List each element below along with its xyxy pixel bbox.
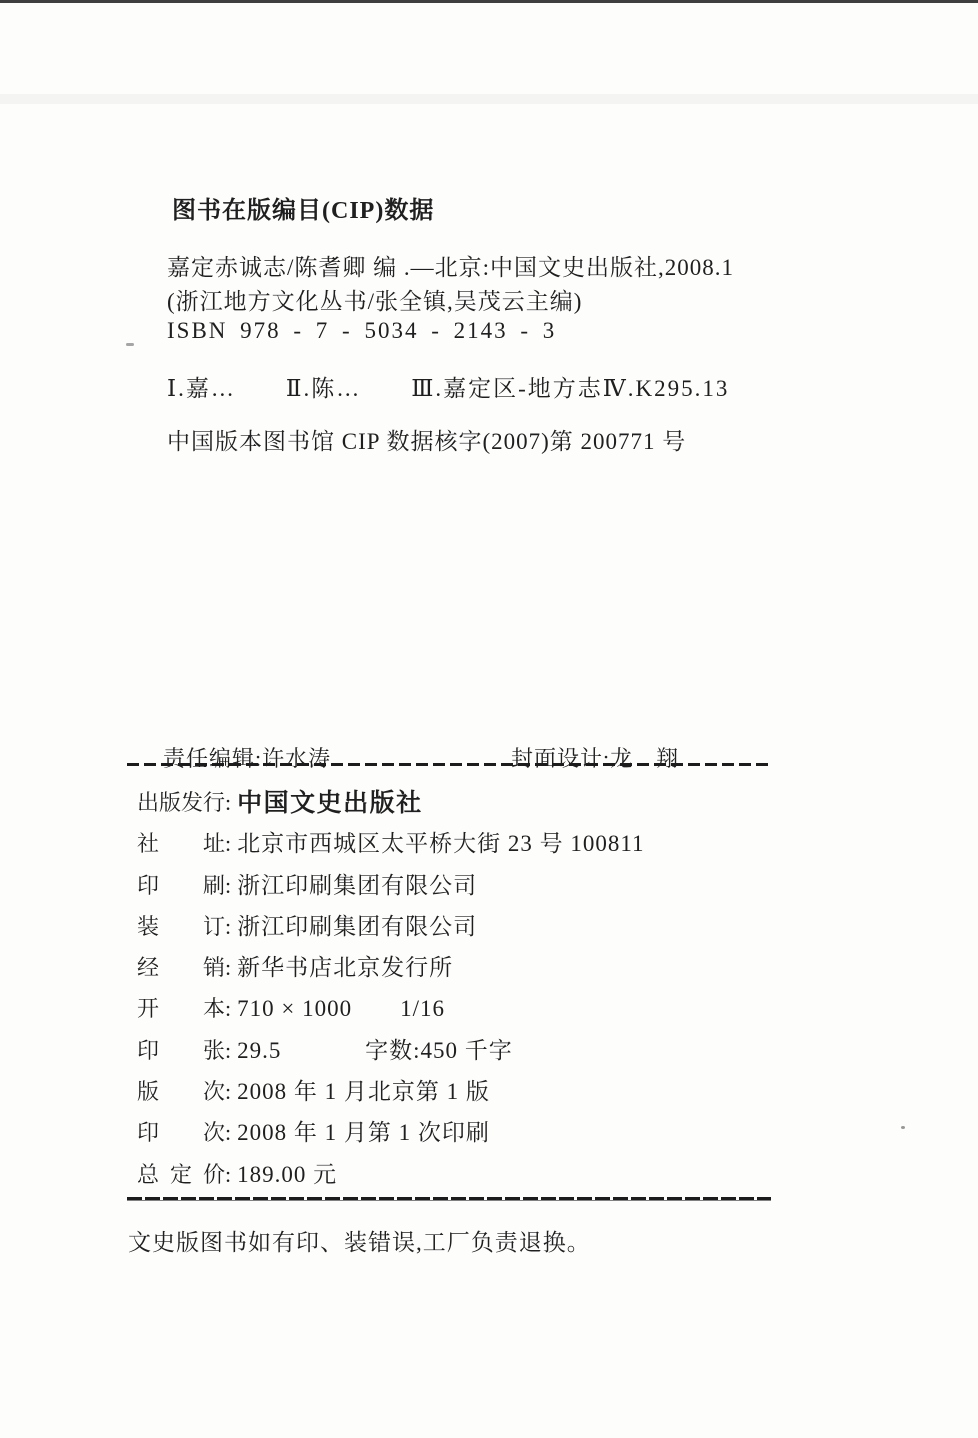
colophon-row-label: 出版发行	[137, 790, 225, 815]
colophon-row: 社址:北京市西城区太平桥大街 23 号 100811	[137, 831, 837, 872]
colophon-row-colon: :	[225, 996, 231, 1021]
return-policy-note: 文史版图书如有印、装错误,工厂负责退换。	[128, 1224, 591, 1257]
book-copyright-page: 图书在版编目(CIP)数据 嘉定赤诚志/陈耆卿 编 .—北京:中国文史出版社,2…	[0, 0, 978, 1438]
colophon-row-value: 新华书店北京发行所	[237, 955, 453, 981]
colophon-row-value: 浙江印刷集团有限公司	[237, 914, 477, 940]
cip-classification-line: Ⅰ.嘉… Ⅱ.陈… Ⅲ.嘉定区-地方志Ⅳ.K295.13	[167, 370, 729, 403]
colophon-row-colon: :	[225, 1038, 231, 1063]
colophon-row-colon: :	[225, 1079, 231, 1104]
cover-name: 龙 翔	[610, 746, 679, 771]
editor-label: 责任编辑:	[163, 746, 262, 771]
colophon-row-colon: :	[225, 914, 231, 939]
responsible-editor-credit: 责任编辑:许水涛	[137, 716, 331, 799]
dashed-divider-bottom	[127, 1197, 771, 1200]
colophon-row-extra: 字数:450 千字	[365, 1038, 513, 1064]
colophon-row-label: 印刷	[137, 873, 225, 898]
colophon-row-value: 浙江印刷集团有限公司	[237, 873, 477, 899]
colophon-row: 装订:浙江印刷集团有限公司	[137, 914, 837, 955]
colophon-row: 出版发行:中国文史出版社	[137, 790, 837, 831]
colophon-row: 经销:新华书店北京发行所	[137, 955, 837, 996]
colophon-row-colon: :	[225, 790, 231, 815]
colophon-row-value: 北京市西城区太平桥大街 23 号 100811	[237, 831, 644, 857]
colophon-row-value: 2008 年 1 月北京第 1 版	[237, 1079, 490, 1105]
scan-band-artifact	[0, 94, 978, 104]
cover-label: 封面设计:	[511, 746, 610, 771]
colophon-row-colon: :	[225, 831, 231, 856]
colophon-row-colon: :	[225, 873, 231, 898]
colophon-row: 开本:710 × 1000 1/16	[137, 996, 837, 1037]
colophon: 出版发行:中国文史出版社社址:北京市西城区太平桥大街 23 号 100811印刷…	[137, 790, 837, 1203]
cip-record-line: 中国版本图书馆 CIP 数据核字(2007)第 200771 号	[167, 423, 686, 456]
cip-title-line: 嘉定赤诚志/陈耆卿 编 .—北京:中国文史出版社,2008.1	[167, 249, 734, 282]
scan-speck-artifact	[126, 343, 134, 346]
colophon-row: 印张:29.5字数:450 千字	[137, 1038, 837, 1079]
colophon-row-colon: :	[225, 1162, 231, 1187]
dashed-divider-top	[127, 763, 771, 766]
colophon-row-value: 2008 年 1 月第 1 次印刷	[237, 1120, 490, 1146]
colophon-row-colon: :	[225, 955, 231, 980]
colophon-row-value: 29.5	[237, 1038, 365, 1064]
colophon-row-label: 版次	[137, 1079, 225, 1104]
colophon-row-label: 印次	[137, 1120, 225, 1145]
colophon-row-label: 开本	[137, 996, 225, 1021]
colophon-row-label: 总定价	[137, 1162, 225, 1187]
cip-heading: 图书在版编目(CIP)数据	[172, 190, 434, 225]
colophon-row: 印刷:浙江印刷集团有限公司	[137, 873, 837, 914]
colophon-row-value: 中国文史出版社	[237, 790, 423, 819]
scan-speck-artifact	[901, 1126, 905, 1129]
colophon-row-label: 装订	[137, 914, 225, 939]
colophon-row-label: 印张	[137, 1038, 225, 1063]
cip-series-line: (浙江地方文化丛书/张全镇,吴茂云主编)	[167, 283, 582, 316]
cover-design-credit: 封面设计:龙 翔	[485, 716, 679, 799]
colophon-row-colon: :	[225, 1120, 231, 1145]
scan-edge-artifact	[0, 0, 978, 3]
editor-name: 许水涛	[262, 746, 331, 771]
colophon-row-value: 710 × 1000 1/16	[237, 996, 445, 1022]
colophon-row: 印次:2008 年 1 月第 1 次印刷	[137, 1120, 837, 1161]
colophon-row: 版次:2008 年 1 月北京第 1 版	[137, 1079, 837, 1120]
colophon-row-label: 经销	[137, 955, 225, 980]
colophon-row-label: 社址	[137, 831, 225, 856]
isbn-line: ISBN 978 - 7 - 5034 - 2143 - 3	[167, 318, 556, 344]
colophon-row-value: 189.00 元	[237, 1162, 337, 1188]
